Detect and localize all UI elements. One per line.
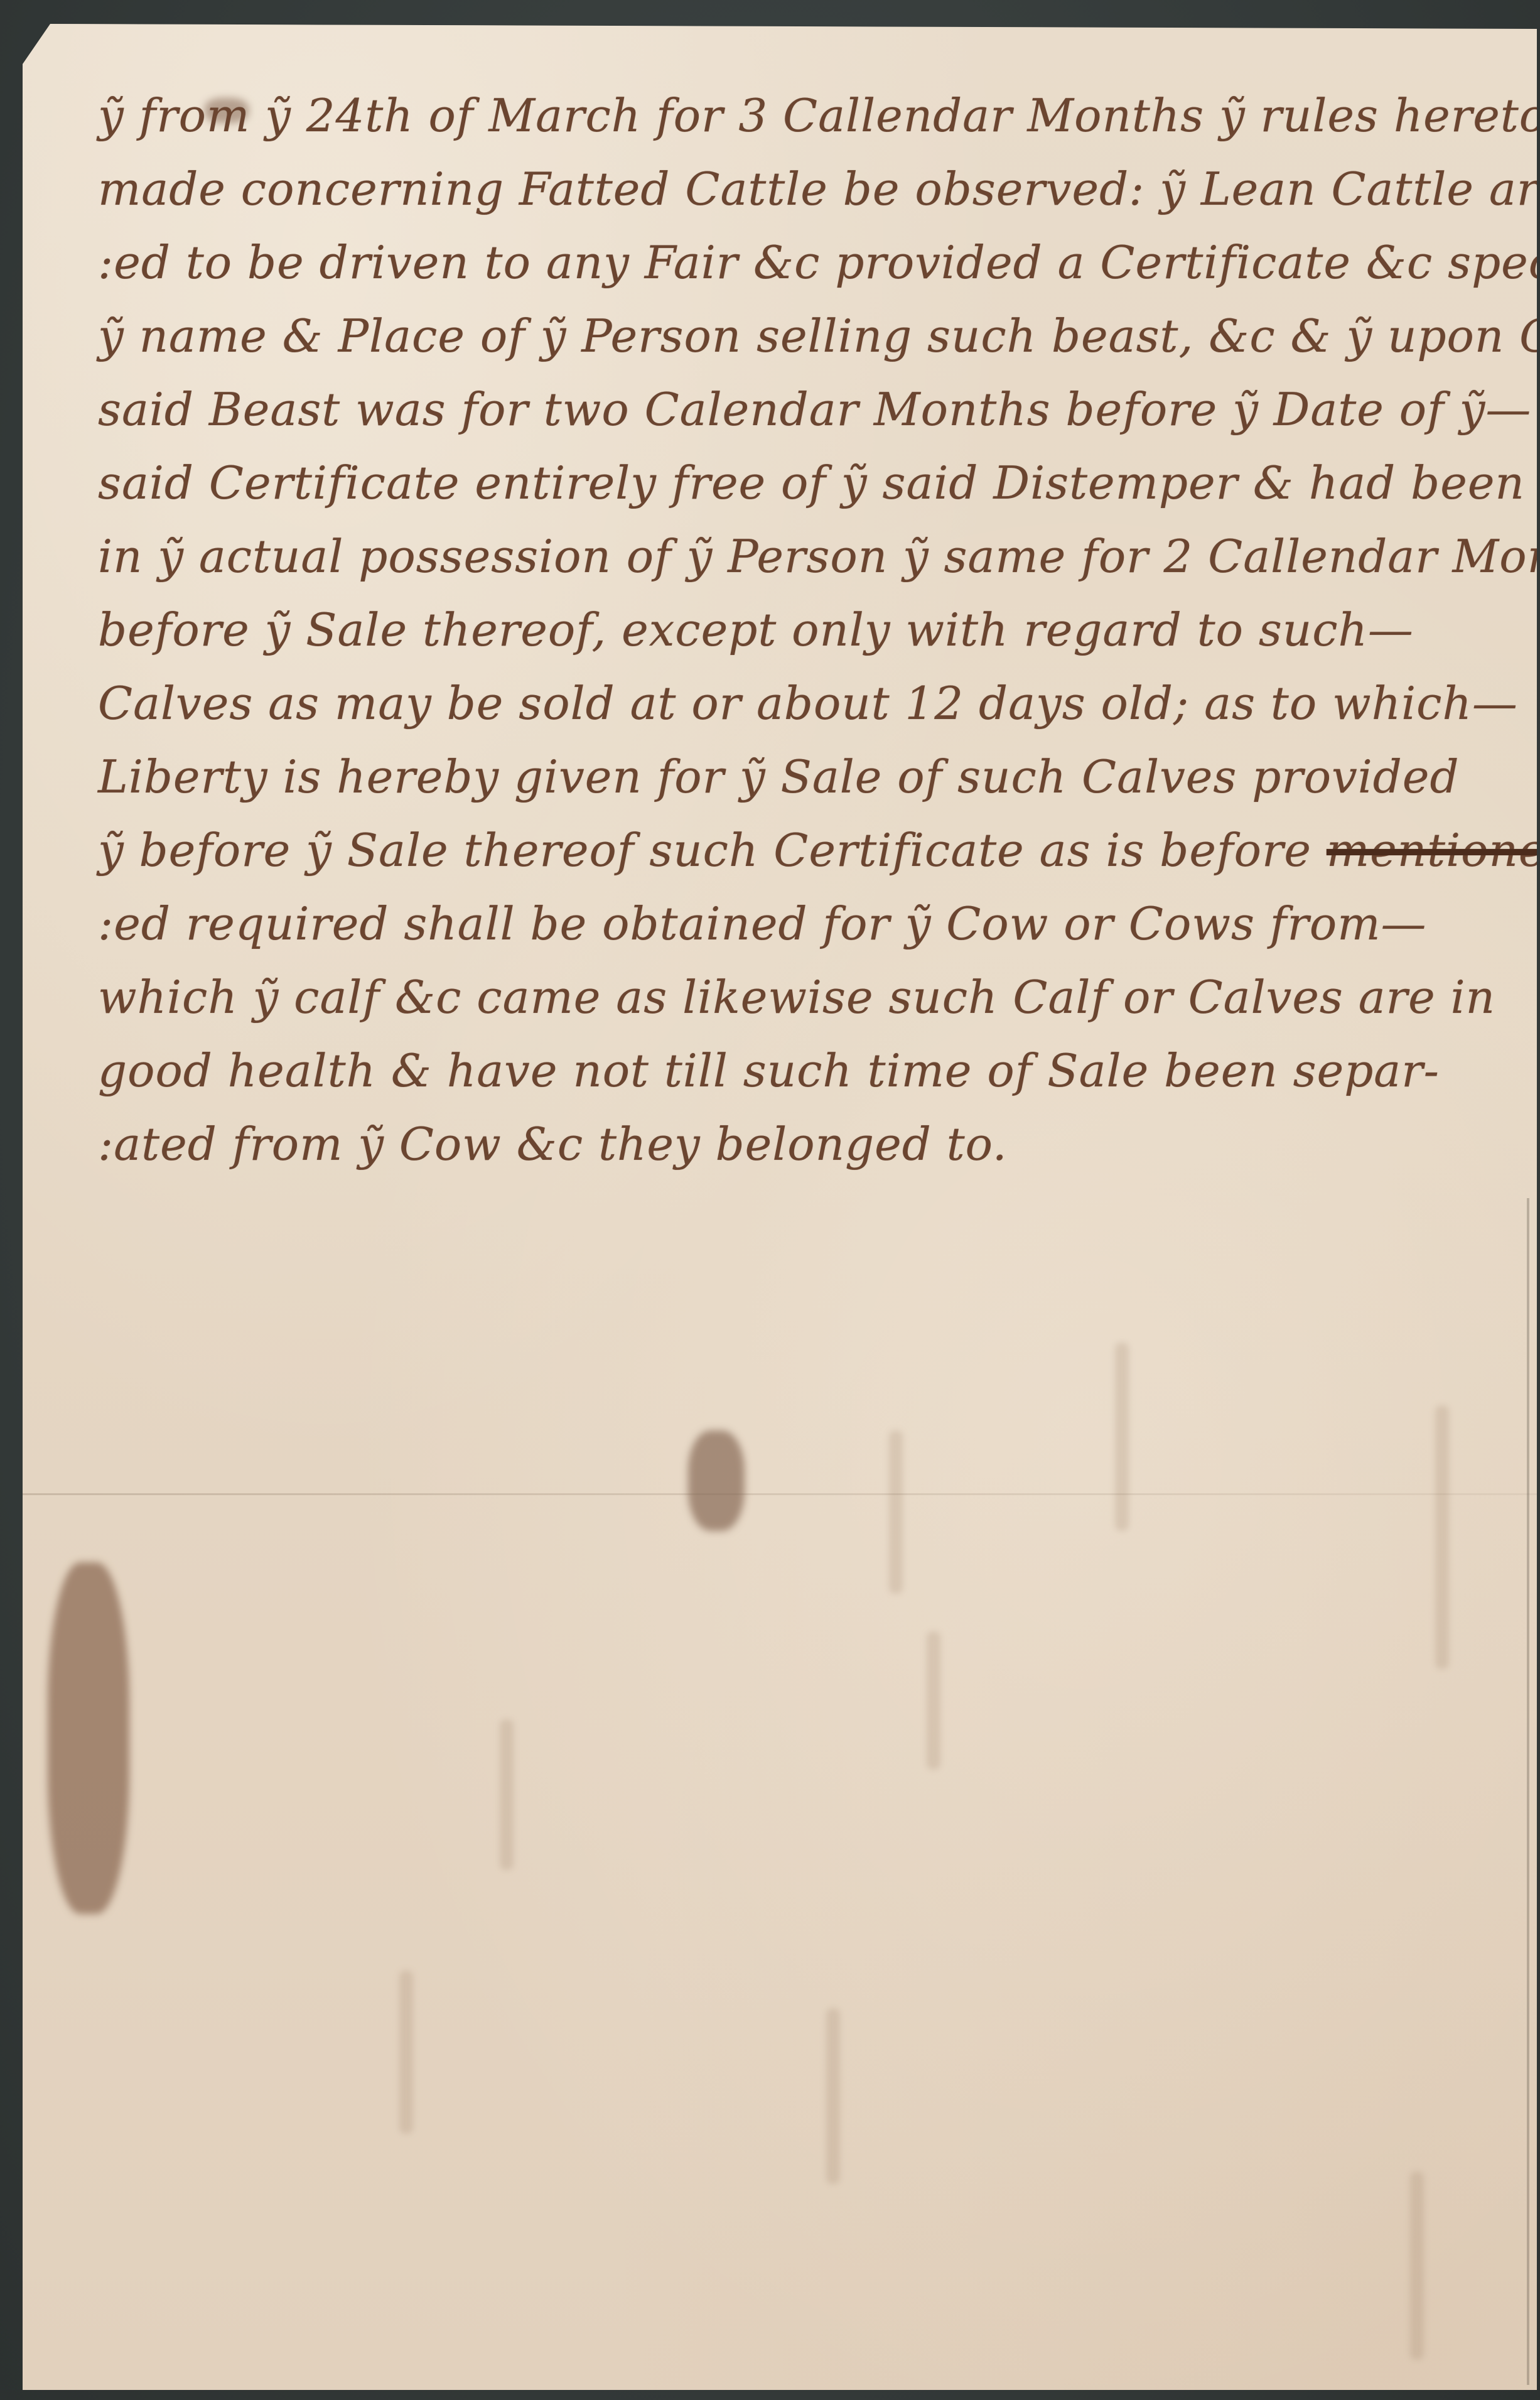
manuscript-text: ỹ from ỹ 24th of March for 3 Callendar M… (98, 79, 1540, 1181)
manuscript-line: before ỹ Sale thereof, except only with … (98, 593, 1540, 667)
binding-edge (1527, 1198, 1529, 2385)
bleed-through-mark (889, 1430, 903, 1594)
manuscript-line-with-deletion: ỹ before ỹ Sale thereof such Certificate… (98, 814, 1540, 887)
manuscript-line: made concerning Fatted Cattle be observe… (98, 153, 1540, 226)
ink-stain (688, 1430, 745, 1531)
manuscript-line: :ed to be driven to any Fair &c provided… (98, 226, 1540, 300)
manuscript-line: which ỹ calf &c came as likewise such Ca… (98, 961, 1540, 1034)
manuscript-line: said Certificate entirely free of ỹ said… (98, 446, 1540, 520)
manuscript-line: Calves as may be sold at or about 12 day… (98, 667, 1540, 740)
bleed-through-mark (1435, 1405, 1449, 1669)
manuscript-line: said Beast was for two Calendar Months b… (98, 373, 1540, 446)
page-fold (23, 1493, 1537, 1495)
bleed-through-mark (1410, 2171, 1424, 2360)
manuscript-line: good health & have not till such time of… (98, 1034, 1540, 1108)
manuscript-page: ỹ from ỹ 24th of March for 3 Callendar M… (23, 24, 1537, 2390)
manuscript-line: in ỹ actual possession of ỹ Person ỹ sam… (98, 520, 1540, 593)
struck-through-word: mentioned (1327, 824, 1540, 877)
manuscript-line: Liberty is hereby given for ỹ Sale of su… (98, 740, 1540, 814)
line-text: ỹ before ỹ Sale thereof such Certificate… (98, 824, 1327, 877)
bleed-through-mark (1115, 1343, 1129, 1531)
water-stain (48, 1562, 129, 1914)
bleed-through-mark (927, 1631, 940, 1770)
bleed-through-mark (399, 1970, 413, 2134)
manuscript-line: :ed required shall be obtained for ỹ Cow… (98, 887, 1540, 961)
bleed-through-mark (500, 1719, 514, 1870)
manuscript-line: :ated from ỹ Cow &c they belonged to. (98, 1108, 1540, 1181)
manuscript-line: ỹ from ỹ 24th of March for 3 Callendar M… (98, 79, 1540, 153)
bleed-through-mark (826, 2008, 840, 2184)
manuscript-line: ỹ name & Place of ỹ Person selling such … (98, 300, 1540, 373)
